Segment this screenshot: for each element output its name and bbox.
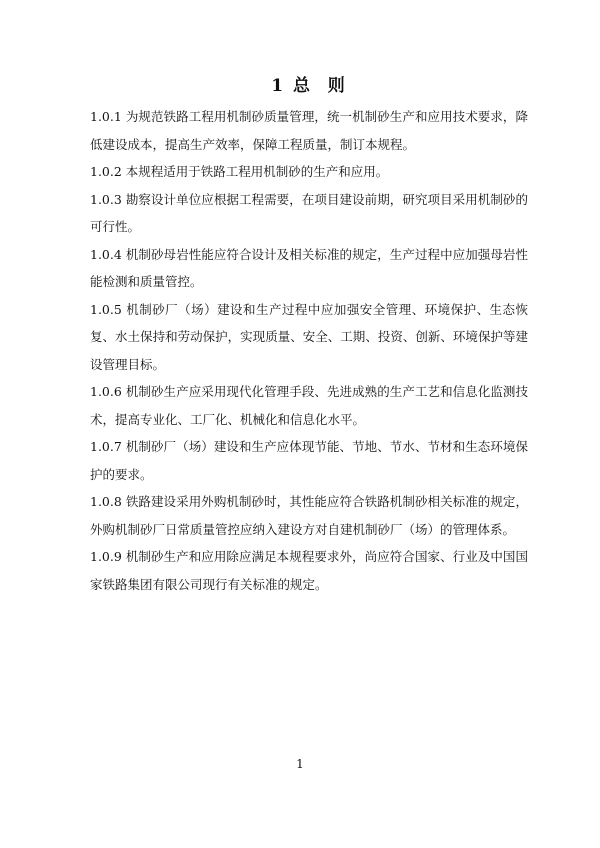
chapter-title: 1 总 则 bbox=[90, 74, 528, 98]
clause-1-0-1: 1.0.1 为规范铁路工程用机制砂质量管理，统一机制砂生产和应用技术要求，降低建… bbox=[90, 103, 528, 158]
clause-1-0-7: 1.0.7 机制砂厂（场）建设和生产应体现节能、节地、节水、节材和生态环境保护的… bbox=[90, 433, 528, 488]
clause-1-0-3: 1.0.3 勘察设计单位应根据工程需要，在项目建设前期，研究项目采用机制砂的可行… bbox=[90, 186, 528, 241]
clause-1-0-2: 1.0.2 本规程适用于铁路工程用机制砂的生产和应用。 bbox=[90, 158, 528, 186]
clause-1-0-4: 1.0.4 机制砂母岩性能应符合设计及相关标准的规定，生产过程中应加强母岩性能检… bbox=[90, 241, 528, 296]
document-content: 1 总 则 1.0.1 为规范铁路工程用机制砂质量管理，统一机制砂生产和应用技术… bbox=[90, 0, 528, 598]
clause-1-0-9: 1.0.9 机制砂生产和应用除应满足本规程要求外，尚应符合国家、行业及中国国家铁… bbox=[90, 543, 528, 598]
clause-1-0-6: 1.0.6 机制砂生产应采用现代化管理手段、先进成熟的生产工艺和信息化监测技术，… bbox=[90, 378, 528, 433]
document-page: 1 总 则 1.0.1 为规范铁路工程用机制砂质量管理，统一机制砂生产和应用技术… bbox=[0, 0, 600, 848]
clause-list: 1.0.1 为规范铁路工程用机制砂质量管理，统一机制砂生产和应用技术要求，降低建… bbox=[90, 103, 528, 598]
clause-1-0-5: 1.0.5 机制砂厂（场）建设和生产过程中应加强安全管理、环境保护、生态恢复、水… bbox=[90, 296, 528, 379]
page-number: 1 bbox=[0, 755, 600, 773]
clause-1-0-8: 1.0.8 铁路建设采用外购机制砂时，其性能应符合铁路机制砂相关标准的规定，外购… bbox=[90, 488, 528, 543]
